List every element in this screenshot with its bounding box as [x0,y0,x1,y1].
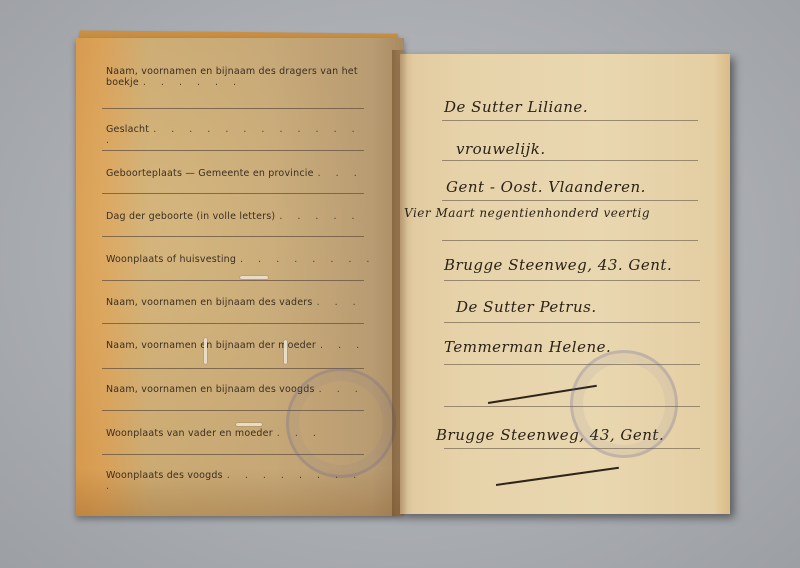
field-label-text: Woonplaats des voogds [106,470,223,481]
entry-birth-date: Vier Maart negentienhonderd veertig [404,206,650,220]
field-rule [102,280,364,281]
field-rule [102,368,364,369]
entry-rule [442,120,698,121]
official-stamp [286,368,396,478]
field-rule [102,150,364,151]
staple [284,340,287,364]
entry-rule [444,448,700,449]
field-rule [102,236,364,237]
field-label-text: Woonplaats of huisvesting [106,254,236,265]
staple [236,423,262,426]
staple [204,338,207,364]
field-label-text: Geslacht [106,124,149,135]
field-label-sex: Geslacht. . . . . . . . . . . . . [106,124,376,146]
field-label-text: Naam, voornamen en bijnaam des vaders [106,297,313,308]
field-rule [102,108,364,109]
booklet-spine [392,50,408,516]
field-label-residence: Woonplaats of huisvesting. . . . . . . . [106,254,376,265]
entry-rule [442,160,698,161]
right-page: De Sutter Liliane. vrouwelijk. Gent - Oo… [400,54,730,514]
entry-rule [442,200,698,201]
field-label-bearer-name: Naam, voornamen en bijnaam des dragers v… [106,66,376,88]
field-label-text: Dag der geboorte (in volle letters) [106,211,275,222]
field-label-text: Naam, voornamen en bijnaam des voogds [106,384,315,395]
entry-mother-name: Temmerman Helene. [444,338,611,356]
field-label-birthplace: Geboorteplaats — Gemeente en provincie. … [106,168,376,179]
entry-residence: Brugge Steenweg, 43. Gent. [444,256,672,274]
entry-bearer-name: De Sutter Liliane. [444,98,588,116]
entry-father-name: De Sutter Petrus. [456,298,597,316]
field-label-text: Woonplaats van vader en moeder [106,428,273,439]
entry-rule [444,322,700,323]
field-rule [102,193,364,194]
entry-rule [444,280,700,281]
staple [240,276,268,279]
field-label-text: Geboorteplaats — Gemeente en provincie [106,168,314,179]
blank-strike-line [496,467,619,486]
entry-birthplace: Gent - Oost. Vlaanderen. [446,178,646,196]
left-page: Naam, voornamen en bijnaam des dragers v… [76,38,404,516]
photo-scene: Naam, voornamen en bijnaam des dragers v… [0,0,800,568]
field-label-father-name: Naam, voornamen en bijnaam des vaders. .… [106,297,376,308]
field-label-birth-date: Dag der geboorte (in volle letters). . .… [106,211,376,222]
entry-sex: vrouwelijk. [456,140,546,158]
field-rule [102,323,364,324]
official-stamp [570,350,678,458]
field-label-mother-name: Naam, voornamen en bijnaam der moeder. .… [106,340,376,351]
entry-rule [442,240,698,241]
